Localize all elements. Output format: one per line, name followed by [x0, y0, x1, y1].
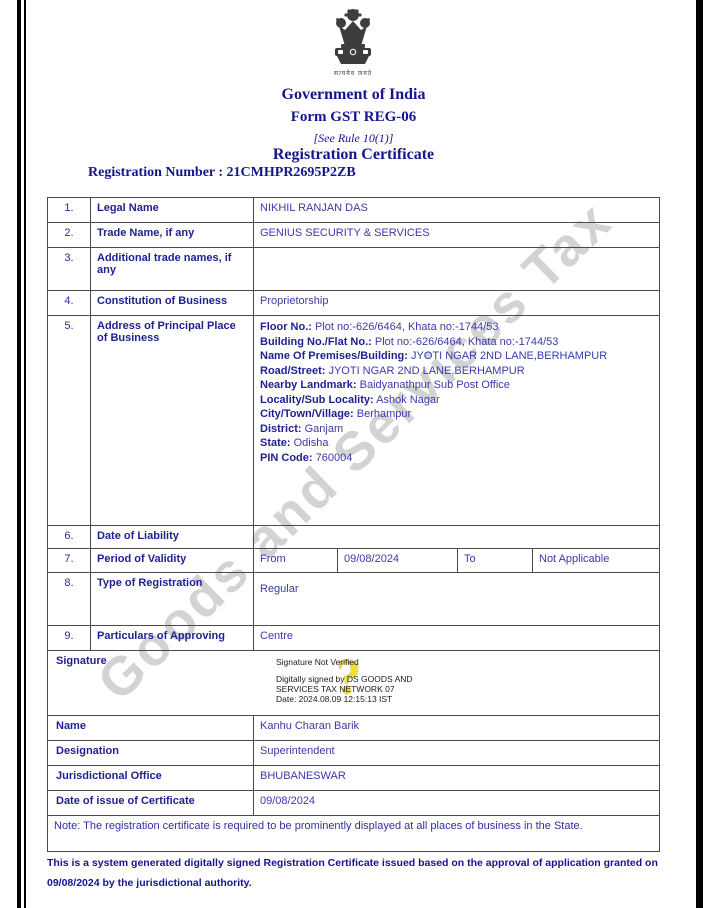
row-label: Constitution of Business [91, 291, 254, 315]
title-government-of-india: Government of India [0, 86, 707, 104]
row-label: Type of Registration [91, 573, 254, 625]
detail-row: Designation Superintendent [48, 741, 659, 766]
row-value [254, 248, 659, 290]
address-line: Building No./Flat No.: Plot no:-626/6464… [260, 335, 653, 350]
table-row: 1. Legal Name NIKHIL RANJAN DAS [48, 198, 659, 223]
row-label: Additional trade names, if any [91, 248, 254, 290]
type-of-registration-cell: Regular [254, 573, 659, 625]
note-text: Note: The registration certificate is re… [48, 816, 659, 851]
detail-row: Date of issue of Certificate 09/08/2024 [48, 791, 659, 816]
row-value: Proprietorship [254, 291, 659, 315]
registration-number: Registration Number : 21CMHPR2695P2ZB [88, 165, 356, 181]
row-value: Regular [260, 583, 299, 595]
gst-registration-certificate: सत्यमेव जयते Government of India Form GS… [0, 0, 707, 908]
address-line: City/Town/Village: Berhampur [260, 407, 653, 422]
detail-value: BHUBANESWAR [254, 766, 659, 790]
row-number: 7. [48, 549, 91, 572]
table-row-type: 8. Type of Registration Regular [48, 573, 659, 626]
address-line: Floor No.: Plot no:-626/6464, Khata no:-… [260, 320, 653, 335]
row-number: 3. [48, 248, 91, 290]
validity-to-value: Not Applicable [533, 549, 659, 572]
row-number: 8. [48, 573, 91, 625]
stamp-line: SERVICES TAX NETWORK 07 [276, 684, 476, 694]
footer-statement: This is a system generated digitally sig… [47, 853, 663, 893]
row-label: Trade Name, if any [91, 223, 254, 247]
title-registration-certificate: Registration Certificate [0, 146, 707, 164]
detail-label: Jurisdictional Office [48, 766, 254, 790]
signature-cell: Signature ? Signature Not Verified Digit… [48, 651, 659, 715]
row-number: 6. [48, 526, 91, 548]
national-emblem: सत्यमेव जयते [323, 6, 383, 77]
row-number: 4. [48, 291, 91, 315]
validity-to-label: To [458, 549, 533, 572]
signature-row: Signature ? Signature Not Verified Digit… [48, 651, 659, 716]
stamp-line: Signature Not Verified [276, 657, 476, 667]
detail-value: 09/08/2024 [254, 791, 659, 815]
row-label: Legal Name [91, 198, 254, 222]
ashoka-lion-capital-icon [327, 6, 379, 68]
validity-from-value: 09/08/2024 [338, 549, 458, 572]
certificate-table: 1. Legal Name NIKHIL RANJAN DAS 2. Trade… [47, 197, 660, 852]
row-number: 9. [48, 626, 91, 650]
title-form-gst-reg-06: Form GST REG-06 [0, 109, 707, 126]
detail-row: Name Kanhu Charan Barik [48, 716, 659, 741]
detail-row: Jurisdictional Office BHUBANESWAR [48, 766, 659, 791]
address-line: PIN Code: 760004 [260, 451, 653, 466]
stamp-line: Digitally signed by DS GOODS AND [276, 674, 476, 684]
address-line: Nearby Landmark: Baidyanathpur Sub Post … [260, 378, 653, 393]
table-row: 3. Additional trade names, if any [48, 248, 659, 291]
validity-from-label: From [254, 549, 338, 572]
address-line: District: Ganjam [260, 422, 653, 437]
row-label: Period of Validity [91, 549, 254, 572]
stamp-line: Date: 2024.08.09 12:15:13 IST [276, 694, 476, 704]
address-line: Road/Street: JYOTI NGAR 2ND LANE,BERHAMP… [260, 364, 653, 379]
row-label: Address of Principal Place of Business [91, 316, 254, 525]
detail-label: Name [48, 716, 254, 740]
table-row: 6. Date of Liability [48, 526, 659, 549]
address-line: Name Of Premises/Building: JYOTI NGAR 2N… [260, 349, 653, 364]
table-row-address: 5. Address of Principal Place of Busines… [48, 316, 659, 526]
row-value [254, 526, 659, 548]
address-value: Floor No.: Plot no:-626/6464, Khata no:-… [254, 316, 659, 525]
row-value: NIKHIL RANJAN DAS [254, 198, 659, 222]
table-row: 4. Constitution of Business Proprietorsh… [48, 291, 659, 316]
table-row-validity: 7. Period of Validity From 09/08/2024 To… [48, 549, 659, 573]
row-label: Date of Liability [91, 526, 254, 548]
row-value: GENIUS SECURITY & SERVICES [254, 223, 659, 247]
signature-label: Signature [56, 655, 107, 667]
table-row: 2. Trade Name, if any GENIUS SECURITY & … [48, 223, 659, 248]
detail-value: Kanhu Charan Barik [254, 716, 659, 740]
validity-cells: From 09/08/2024 To Not Applicable [254, 549, 659, 572]
address-line: Locality/Sub Locality: Ashok Nagar [260, 393, 653, 408]
row-value: Centre [254, 626, 659, 650]
rule-reference: [See Rule 10(1)] [0, 131, 707, 146]
row-label: Particulars of Approving [91, 626, 254, 650]
note-row: Note: The registration certificate is re… [48, 816, 659, 851]
digital-signature-stamp: Signature Not Verified Digitally signed … [276, 657, 476, 704]
row-number: 2. [48, 223, 91, 247]
row-number: 5. [48, 316, 91, 525]
emblem-motto: सत्यमेव जयते [323, 69, 383, 77]
row-number: 1. [48, 198, 91, 222]
detail-label: Designation [48, 741, 254, 765]
address-line: State: Odisha [260, 436, 653, 451]
detail-label: Date of issue of Certificate [48, 791, 254, 815]
detail-value: Superintendent [254, 741, 659, 765]
